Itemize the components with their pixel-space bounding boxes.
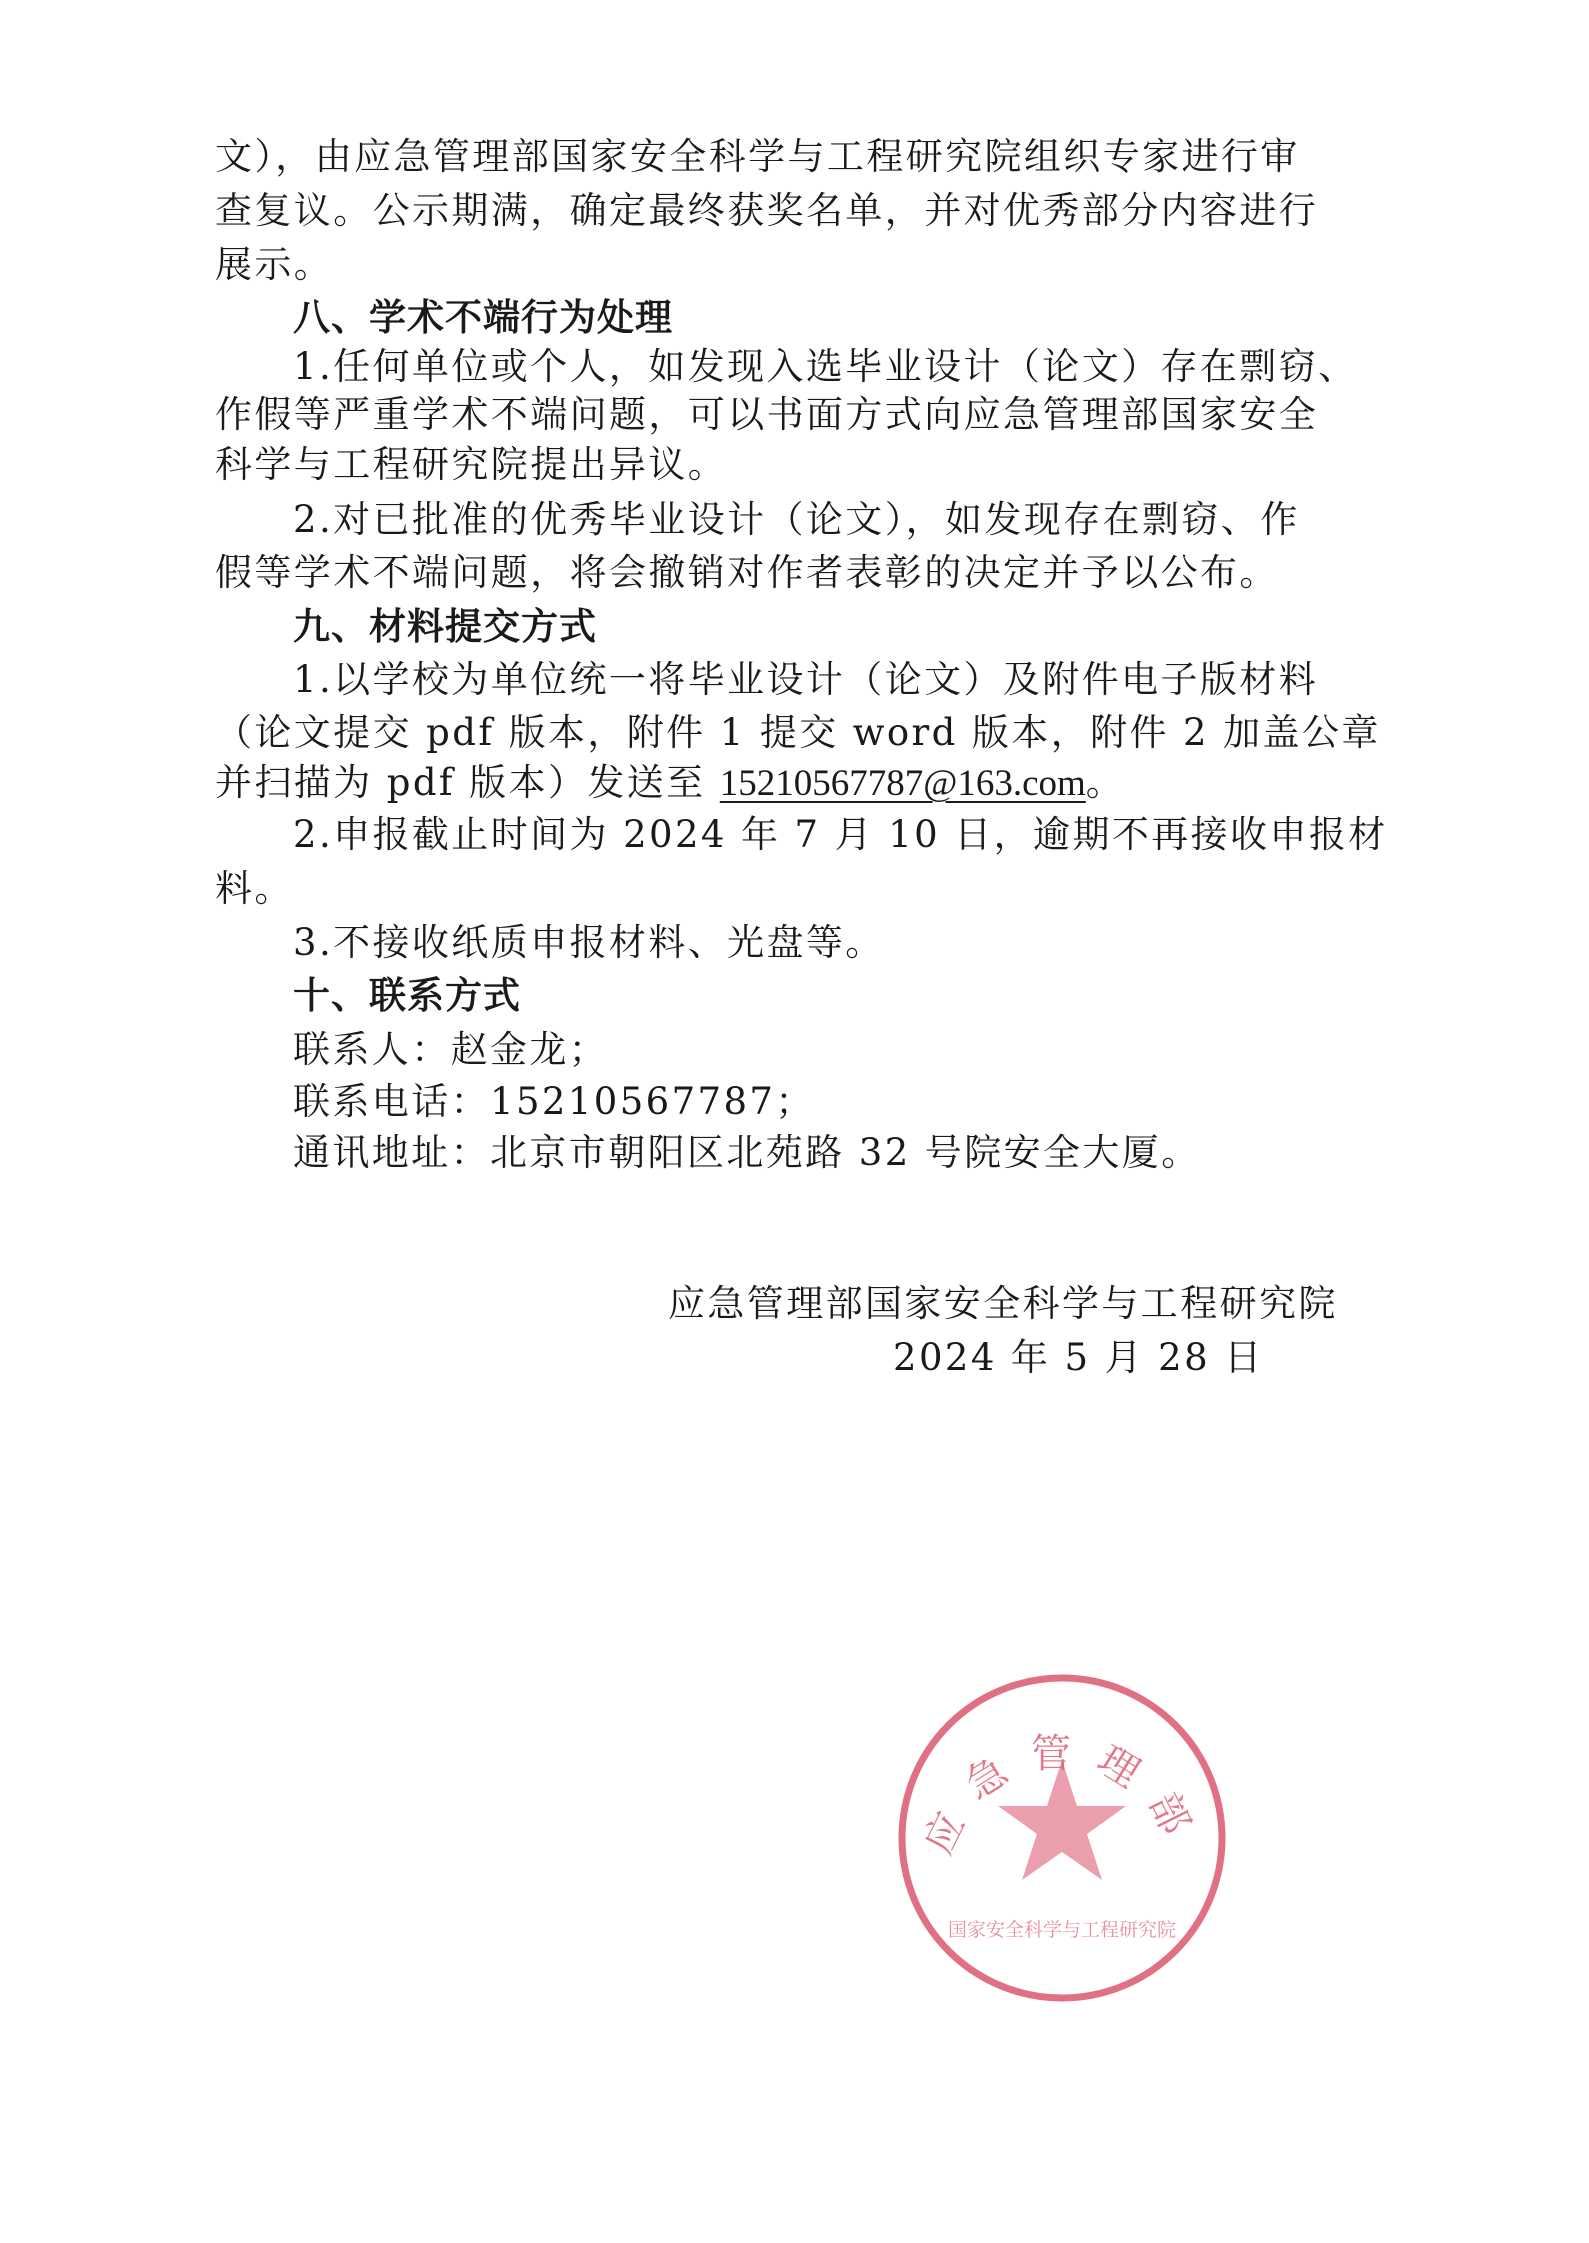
- document-page: 文），由应急管理部国家安全科学与工程研究院组织专家进行审 查复议。公示期满，确定…: [0, 0, 1589, 2243]
- paragraph-line: 作假等严重学术不端问题，可以书面方式向应急管理部国家安全: [215, 390, 1400, 440]
- paragraph-line: 假等学术不端问题，将会撤销对作者表彰的决定并予以公布。: [215, 548, 1400, 598]
- section-heading-contact: 十、联系方式: [293, 971, 1400, 1021]
- paragraph-line: 料。: [215, 864, 1400, 914]
- section-heading-academic-misconduct: 八、学术不端行为处理: [293, 293, 1400, 343]
- email-suffix-text: 。: [1086, 761, 1125, 804]
- paragraph-line-email: 并扫描为 pdf 版本）发送至 15210567787@163.com。: [215, 758, 1400, 808]
- section-heading-submission-method: 九、材料提交方式: [293, 602, 1400, 652]
- paragraph-line: 1.以学校为单位统一将毕业设计（论文）及附件电子版材料: [293, 655, 1400, 705]
- paragraph-line: 3.不接收纸质申报材料、光盘等。: [293, 918, 1400, 968]
- email-prefix-text: 并扫描为 pdf 版本）发送至: [215, 761, 720, 804]
- contact-address: 通讯地址：北京市朝阳区北苑路 32 号院安全大厦。: [293, 1128, 1400, 1178]
- signing-date: 2024 年 5 月 28 日: [893, 1333, 1264, 1383]
- submission-email-link[interactable]: 15210567787@163.com: [720, 763, 1086, 804]
- contact-phone: 联系电话：15210567787；: [293, 1077, 1400, 1127]
- paragraph-line: 查复议。公示期满，确定最终获奖名单，并对优秀部分内容进行: [215, 186, 1400, 236]
- contact-person: 联系人：赵金龙；: [293, 1025, 1400, 1075]
- paragraph-line: （论文提交 pdf 版本，附件 1 提交 word 版本，附件 2 加盖公章: [215, 708, 1400, 758]
- paragraph-line: 1.任何单位或个人，如发现入选毕业设计（论文）存在剽窃、: [293, 342, 1400, 392]
- paragraph-line: 展示。: [215, 240, 1400, 290]
- paragraph-line: 文），由应急管理部国家安全科学与工程研究院组织专家进行审: [215, 132, 1400, 182]
- paragraph-line: 2.申报截止时间为 2024 年 7 月 10 日，逾期不再接收申报材: [293, 810, 1400, 860]
- paragraph-line: 2.对已批准的优秀毕业设计（论文），如发现存在剽窃、作: [293, 495, 1400, 545]
- signing-organization: 应急管理部国家安全科学与工程研究院: [668, 1279, 1338, 1329]
- svg-text:国家安全科学与工程研究院: 国家安全科学与工程研究院: [948, 1919, 1176, 1941]
- paragraph-line: 科学与工程研究院提出异议。: [215, 440, 1400, 490]
- official-seal-stamp-icon: 应急管理部 国家安全科学与工程研究院: [892, 1668, 1232, 2008]
